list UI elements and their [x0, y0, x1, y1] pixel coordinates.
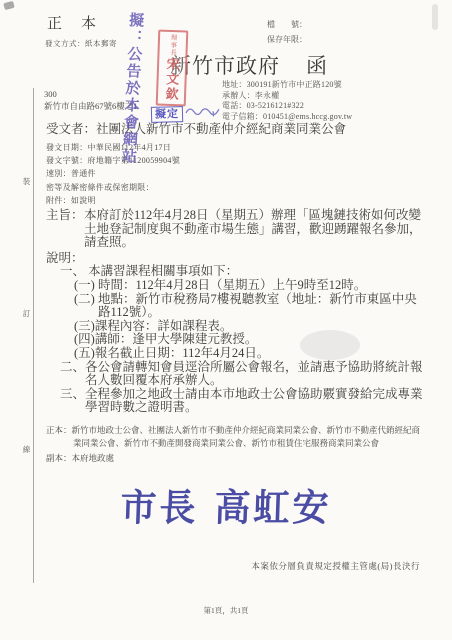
agency-contact-block: 地址：300191新竹市中正路120號 承辦人：李永權 電話：03-521612… — [222, 80, 352, 122]
mayor-title: 市長 — [120, 487, 199, 529]
scan-corner-artifact — [3, 1, 14, 10]
delivery-method: 發文方式：紙本郵寄 — [45, 38, 117, 49]
distribution-block: 正本：新竹市地政士公會、社團法人新竹市不動產仲介經紀商業同業公會、新竹市不動產代… — [46, 424, 425, 465]
mayor-signature: 市長高虹安 — [0, 479, 452, 532]
copy-type-label: 正 本 — [47, 12, 98, 33]
agency-phone: 電話：03-5216121#322 — [222, 101, 352, 112]
chairman-seal-title: 理事長 — [168, 34, 178, 57]
binding-line — [33, 88, 34, 583]
document-number: 發文字號：府地籍字第1120059904號 — [46, 154, 180, 167]
scan-edge-smudge — [432, 4, 438, 30]
retention-period-label: 保存年限： — [267, 34, 307, 45]
issue-date: 發文日期：中華民國112年4月17日 — [46, 141, 180, 154]
mayor-name: 高虹安 — [214, 487, 332, 529]
distribution-copy: 副本：本府地政處 — [46, 452, 425, 465]
page-number: 第1頁，共1頁 — [0, 605, 452, 616]
draft-approval-box: 擬定 — [151, 106, 183, 123]
initials-scribble-icon — [185, 103, 221, 123]
explanation-sub-4: (四)講師：逢甲大學陳建元教授。 — [74, 333, 425, 347]
binding-mark-ding: 訂 — [19, 308, 34, 319]
subject-label: 主旨： — [46, 209, 84, 223]
file-number-label: 檔 號： — [267, 19, 307, 30]
explanation-item-3: 三、全程參加之地政士請由本市地政士公會協助覈實發給完成專業學習時數之證明書。 — [60, 388, 425, 415]
chairman-seal-name: 宋文欽 — [161, 56, 182, 102]
draft-approval-stamp: 擬定 — [151, 103, 221, 124]
attachment-note: 附件：如說明 — [46, 194, 180, 207]
title-spacer — [280, 50, 306, 80]
binding-mark-xian: 線 — [19, 444, 34, 455]
subject-block: 主旨： 本府訂於112年4月28日（星期五）辦理「區塊鏈技術如何改變土地登記制度… — [46, 209, 425, 250]
binding-mark-zhuang: 裝 — [19, 176, 34, 187]
distribution-original: 正本：新竹市地政士公會、社團法人新竹市不動產仲介經紀商業同業公會、新竹市不動產代… — [46, 424, 425, 450]
explanation-item-1: 一、 本講習課程相關事項如下： — [60, 265, 425, 279]
letter-body: 主旨： 本府訂於112年4月28日（星期五）辦理「區塊鏈技術如何改變土地登記制度… — [46, 209, 425, 465]
document-meta-block: 發文日期：中華民國112年4月17日 發文字號：府地籍字第1120059904號… — [46, 141, 180, 207]
explanation-sub-2: (二) 地點：新竹市稅務局7樓視聽教室（地址：新竹市東區中央路112號）。 — [74, 293, 425, 320]
document-title: 新竹市政府 函 — [170, 50, 328, 80]
explanation-item-2: 二、各公會請轉知會員逕洽所屬公會報名，並請惠予協助將統計報名人數回覆本府承辦人。 — [60, 361, 425, 388]
agency-address: 地址：300191新竹市中正路120號 — [222, 80, 352, 91]
subject-text: 本府訂於112年4月28日（星期五）辦理「區塊鏈技術如何改變土地登記制度與不動產… — [84, 208, 422, 249]
explanation-sub-1: (一) 時間：112年4月28日（星期五）上午9時至12時。 — [74, 279, 425, 293]
priority: 速別：普通件 — [46, 167, 180, 180]
chairman-seal: 理事長 宋文欽 — [156, 29, 189, 106]
explanation-sub-5: (五)報名截止日期：112年4月24日。 — [74, 347, 425, 361]
agency-contact-person: 承辦人：李永權 — [222, 91, 352, 102]
security-classification: 密等及解密條件或保密期限： — [46, 181, 180, 194]
delegation-note: 本案依分層負責規定授權主管處(局)長決行 — [251, 560, 420, 572]
document-type: 函 — [306, 50, 328, 80]
